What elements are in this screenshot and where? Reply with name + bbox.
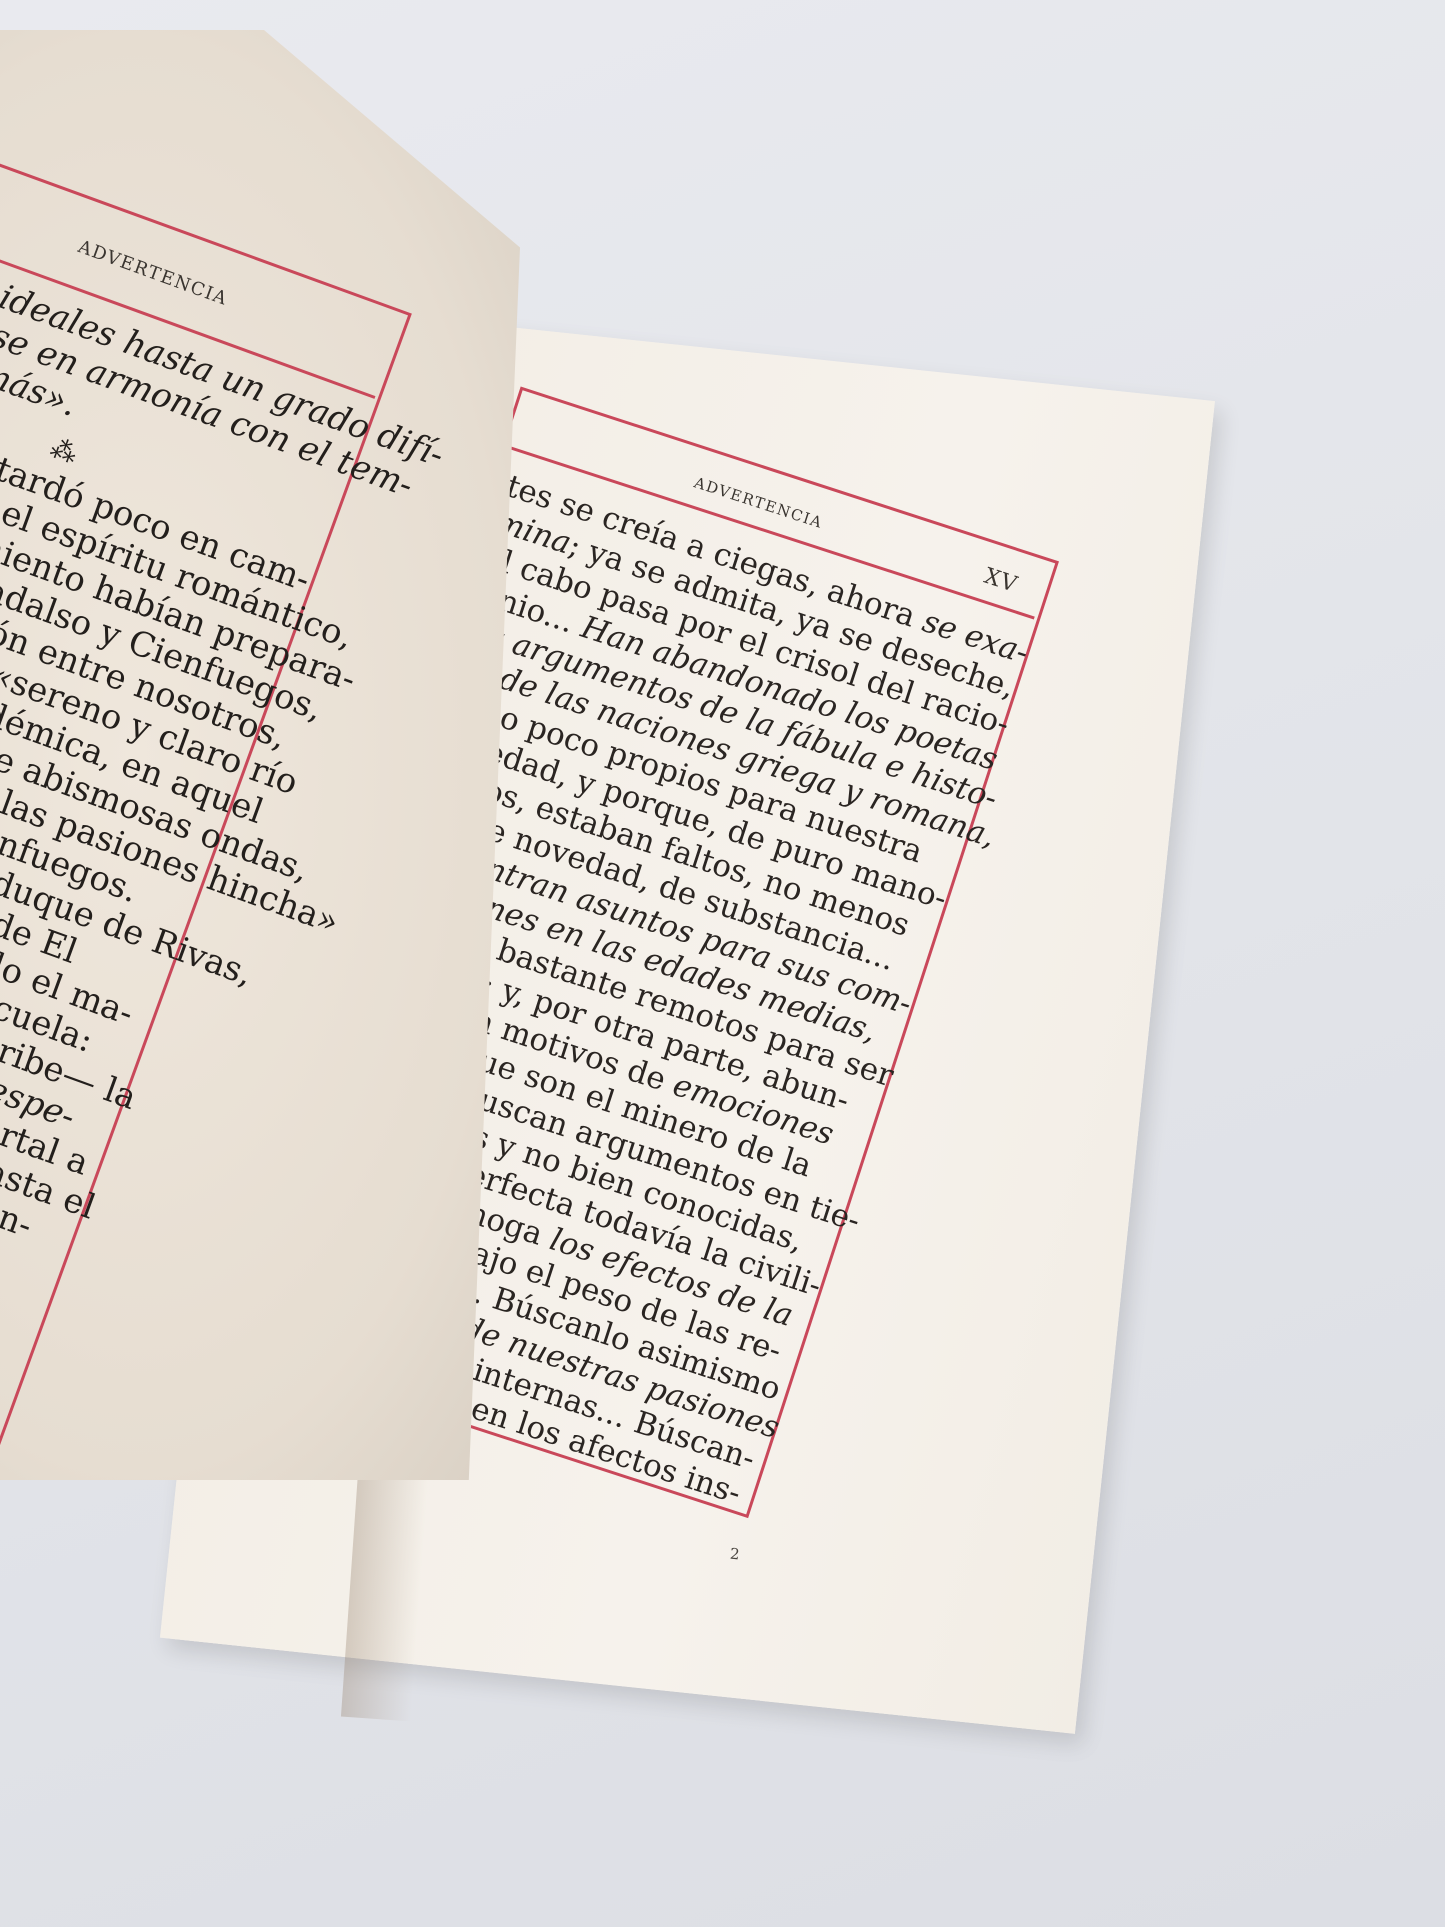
left-page-frame: XIV ADVERTENCIA mientos ideales hasta un… (0, 120, 406, 1533)
open-book-photo: ADVERTENCIA XV tes se creía a ciegas, ah… (0, 0, 1445, 1927)
left-page: XIV ADVERTENCIA mientos ideales hasta un… (0, 30, 520, 1480)
signature-mark: 2 (729, 1545, 740, 1564)
